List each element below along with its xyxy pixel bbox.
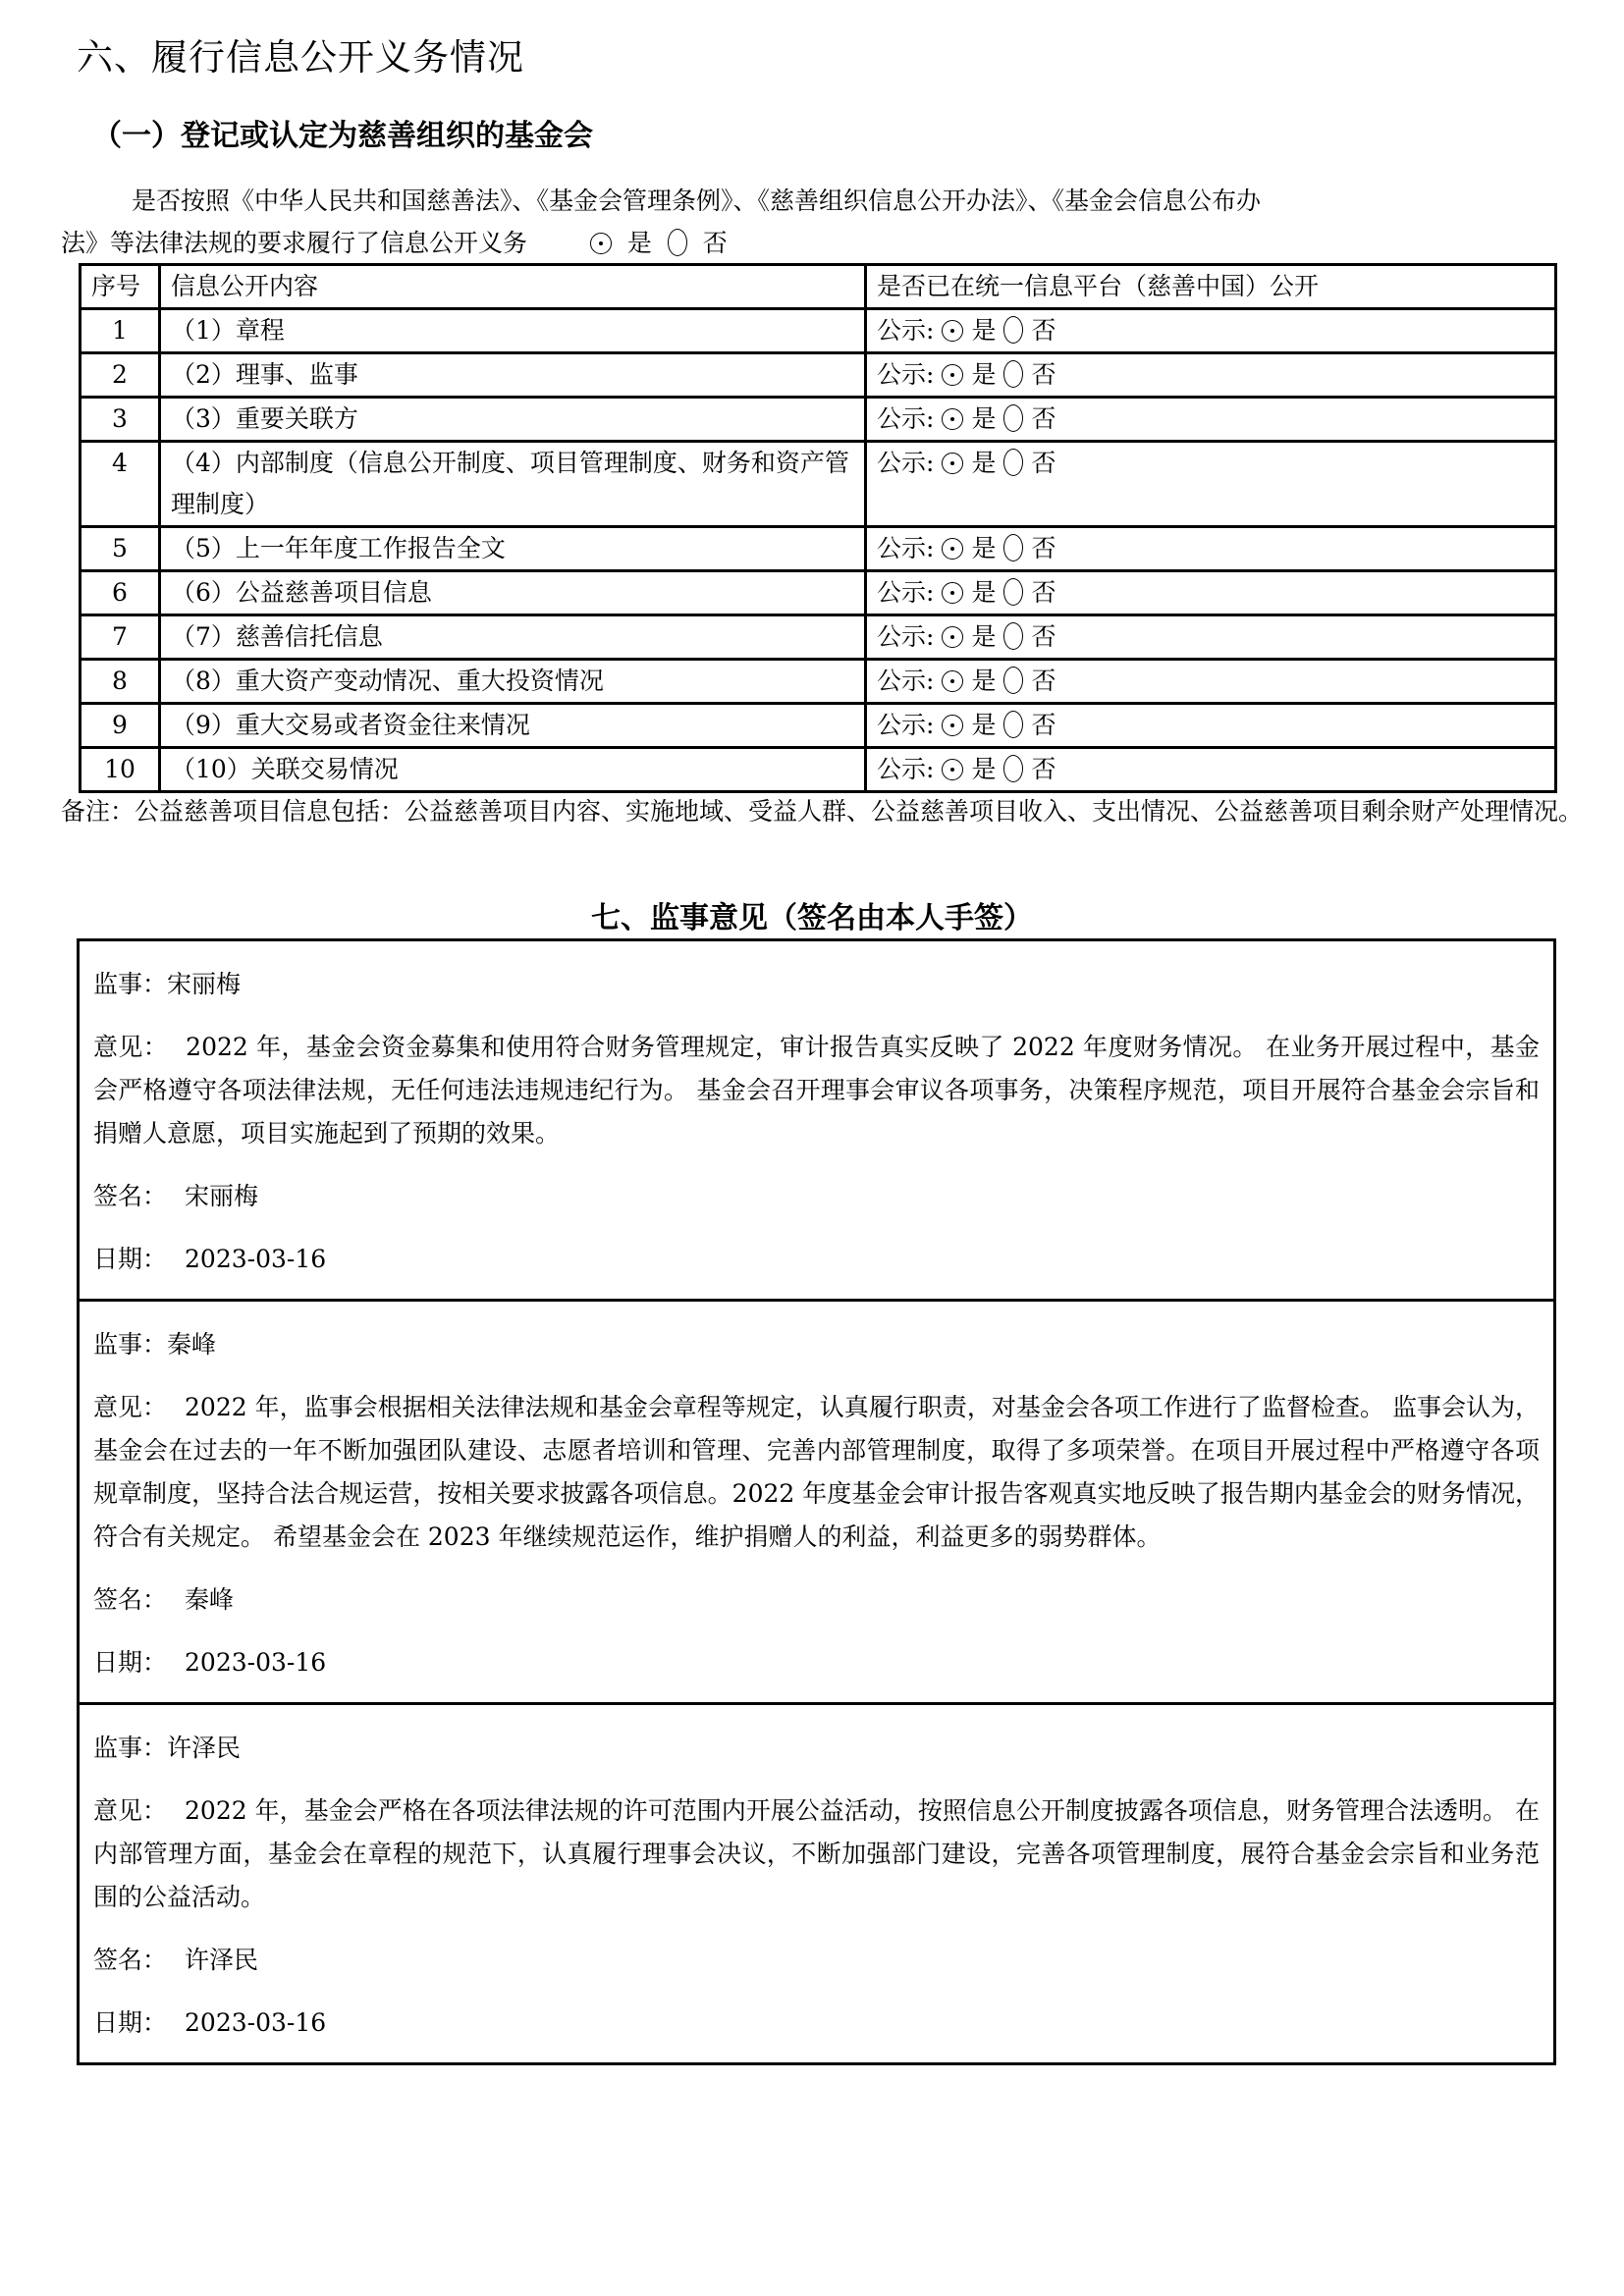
section-7-title: 七、监事意见（签名由本人手签） <box>0 893 1624 936</box>
yes-label: 是 <box>971 711 996 739</box>
date-row: 日期：2023-03-16 <box>93 1238 1540 1299</box>
row-published: 公示:是否 <box>866 704 1556 748</box>
supervisor-block: 监事：秦峰意见：2022 年，监事会根据相关法律法规和基金会章程等规定，认真履行… <box>80 1299 1553 1702</box>
signature-row: 签名：许泽民 <box>93 1939 1540 1982</box>
no-label: 否 <box>1031 667 1056 695</box>
radio-yes-checked-icon[interactable] <box>942 582 963 604</box>
row-published: 公示:是否 <box>866 309 1556 353</box>
date-value: 2023-03-16 <box>185 2008 326 2037</box>
supervisor-label: 监事： <box>93 970 167 998</box>
supervisor-name: 许泽民 <box>167 1734 241 1762</box>
row-published: 公示:是否 <box>866 615 1556 660</box>
radio-no-unchecked-icon[interactable] <box>1003 316 1023 344</box>
table-row: 7（7）慈善信托信息公示:是否 <box>81 615 1556 660</box>
radio-no-unchecked-icon[interactable] <box>1003 449 1023 476</box>
pub-label: 公示: <box>877 316 934 345</box>
row-number: 8 <box>81 660 160 704</box>
yes-label: 是 <box>971 755 996 783</box>
radio-no-unchecked-icon[interactable] <box>1003 622 1023 650</box>
radio-no-unchecked-icon[interactable] <box>1003 534 1023 561</box>
signature: 秦峰 <box>185 1585 234 1614</box>
header-published: 是否已在统一信息平台（慈善中国）公开 <box>866 265 1556 309</box>
yes-label: 是 <box>971 667 996 695</box>
radio-yes-checked-icon[interactable] <box>942 453 963 474</box>
no-label: 否 <box>1031 316 1056 345</box>
pub-label: 公示: <box>877 578 934 607</box>
radio-no-unchecked-icon[interactable] <box>1003 578 1023 606</box>
signature: 宋丽梅 <box>185 1182 258 1210</box>
intro-line-1: 是否按照《中华人民共和国慈善法》、《基金会管理条例》、《慈善组织信息公开办法》、… <box>61 180 1563 222</box>
no-label: 否 <box>1031 404 1056 433</box>
section-6-title: 六、履行信息公开义务情况 <box>77 27 524 80</box>
no-label: 否 <box>1031 622 1056 651</box>
signature-row: 签名：宋丽梅 <box>93 1175 1540 1218</box>
yes-label: 是 <box>971 360 996 389</box>
opinion-row: 意见：2022 年，基金会严格在各项法律法规的许可范围内开展公益活动，按照信息公… <box>93 1789 1540 1919</box>
row-number: 7 <box>81 615 160 660</box>
radio-no-unchecked-icon[interactable] <box>1003 667 1023 694</box>
intro-no-label: 否 <box>703 229 728 257</box>
table-row: 9（9）重大交易或者资金往来情况公示:是否 <box>81 704 1556 748</box>
table-row: 2（2）理事、监事公示:是否 <box>81 353 1556 398</box>
table-row: 4（4）内部制度（信息公开制度、项目管理制度、财务和资产管理制度）公示:是否 <box>81 442 1556 527</box>
no-label: 否 <box>1031 711 1056 739</box>
radio-no-unchecked-icon[interactable] <box>1003 711 1023 738</box>
supervisor-name: 宋丽梅 <box>167 970 241 998</box>
radio-yes-checked-icon[interactable] <box>942 670 963 692</box>
row-published: 公示:是否 <box>866 527 1556 571</box>
sign-label: 签名： <box>93 1585 167 1614</box>
radio-no-unchecked-icon[interactable] <box>1003 755 1023 782</box>
header-content: 信息公开内容 <box>160 265 866 309</box>
pub-label: 公示: <box>877 404 934 433</box>
no-label: 否 <box>1031 449 1056 477</box>
sign-label: 签名： <box>93 1182 167 1210</box>
table-row: 5（5）上一年年度工作报告全文公示:是否 <box>81 527 1556 571</box>
row-number: 3 <box>81 398 160 442</box>
radio-yes-checked-icon[interactable] <box>942 715 963 736</box>
intro-yes-label: 是 <box>627 229 652 257</box>
yes-label: 是 <box>971 449 996 477</box>
signature-row: 签名：秦峰 <box>93 1578 1540 1622</box>
row-number: 5 <box>81 527 160 571</box>
date-value: 2023-03-16 <box>185 1245 326 1273</box>
row-published: 公示:是否 <box>866 398 1556 442</box>
supervisor-name: 秦峰 <box>167 1330 216 1359</box>
row-number: 9 <box>81 704 160 748</box>
radio-yes-checked-icon[interactable] <box>590 233 612 254</box>
signature: 许泽民 <box>185 1946 258 1974</box>
table-note: 备注：公益慈善项目信息包括：公益慈善项目内容、实施地域、受益人群、公益慈善项目收… <box>61 789 1593 834</box>
row-published: 公示:是否 <box>866 353 1556 398</box>
yes-label: 是 <box>971 404 996 433</box>
table-header-row: 序号 信息公开内容 是否已在统一信息平台（慈善中国）公开 <box>81 265 1556 309</box>
table-row: 10（10）关联交易情况公示:是否 <box>81 748 1556 792</box>
supervisor-name-row: 监事：宋丽梅 <box>93 941 1540 1006</box>
pub-label: 公示: <box>877 534 934 562</box>
no-label: 否 <box>1031 534 1056 562</box>
row-number: 2 <box>81 353 160 398</box>
yes-label: 是 <box>971 534 996 562</box>
date-label: 日期： <box>93 1245 167 1273</box>
supervisor-label: 监事： <box>93 1330 167 1359</box>
yes-label: 是 <box>971 316 996 345</box>
row-published: 公示:是否 <box>866 571 1556 615</box>
radio-no-unchecked-icon[interactable] <box>1003 404 1023 432</box>
supervisor-block: 监事：许泽民意见：2022 年，基金会严格在各项法律法规的许可范围内开展公益活动… <box>80 1702 1553 2062</box>
pub-label: 公示: <box>877 449 934 477</box>
supervisor-name-row: 监事：许泽民 <box>93 1705 1540 1770</box>
opinion-row: 意见：2022 年，基金会资金募集和使用符合财务管理规定，审计报告真实反映了 2… <box>93 1026 1540 1155</box>
radio-yes-checked-icon[interactable] <box>942 626 963 648</box>
disclosure-question: 是否按照《中华人民共和国慈善法》、《基金会管理条例》、《慈善组织信息公开办法》、… <box>61 180 1563 264</box>
opinion-text: 2022 年，监事会根据相关法律法规和基金会章程等规定，认真履行职责，对基金会各… <box>93 1393 1540 1551</box>
date-row: 日期：2023-03-16 <box>93 2002 1540 2062</box>
row-content: （2）理事、监事 <box>160 353 866 398</box>
row-content: （3）重要关联方 <box>160 398 866 442</box>
disclosure-table: 序号 信息公开内容 是否已在统一信息平台（慈善中国）公开 1（1）章程公示:是否… <box>79 263 1557 793</box>
intro-line-2: 法》等法律法规的要求履行了信息公开义务 <box>61 229 527 257</box>
row-published: 公示:是否 <box>866 442 1556 527</box>
row-content: （7）慈善信托信息 <box>160 615 866 660</box>
pub-label: 公示: <box>877 667 934 695</box>
no-label: 否 <box>1031 755 1056 783</box>
table-row: 6（6）公益慈善项目信息公示:是否 <box>81 571 1556 615</box>
row-number: 1 <box>81 309 160 353</box>
radio-no-unchecked-icon[interactable] <box>668 229 687 256</box>
yes-label: 是 <box>971 622 996 651</box>
row-content: （1）章程 <box>160 309 866 353</box>
row-published: 公示:是否 <box>866 748 1556 792</box>
radio-yes-checked-icon[interactable] <box>942 364 963 386</box>
row-content: （9）重大交易或者资金往来情况 <box>160 704 866 748</box>
supervisor-label: 监事： <box>93 1734 167 1762</box>
row-published: 公示:是否 <box>866 660 1556 704</box>
radio-yes-checked-icon[interactable] <box>942 320 963 342</box>
date-value: 2023-03-16 <box>185 1648 326 1677</box>
opinion-text: 2022 年，基金会严格在各项法律法规的许可范围内开展公益活动，按照信息公开制度… <box>93 1796 1540 1911</box>
pub-label: 公示: <box>877 360 934 389</box>
supervisor-opinions: 监事：宋丽梅意见：2022 年，基金会资金募集和使用符合财务管理规定，审计报告真… <box>77 938 1556 2065</box>
row-content: （4）内部制度（信息公开制度、项目管理制度、财务和资产管理制度） <box>160 442 866 527</box>
table-row: 3（3）重要关联方公示:是否 <box>81 398 1556 442</box>
row-content: （6）公益慈善项目信息 <box>160 571 866 615</box>
date-row: 日期：2023-03-16 <box>93 1641 1540 1702</box>
row-content: （8）重大资产变动情况、重大投资情况 <box>160 660 866 704</box>
header-number: 序号 <box>81 265 160 309</box>
table-row: 1（1）章程公示:是否 <box>81 309 1556 353</box>
opinion-label: 意见： <box>93 1393 167 1421</box>
date-label: 日期： <box>93 2008 167 2037</box>
no-label: 否 <box>1031 578 1056 607</box>
radio-yes-checked-icon[interactable] <box>942 408 963 430</box>
supervisor-name-row: 监事：秦峰 <box>93 1302 1540 1366</box>
row-number: 6 <box>81 571 160 615</box>
row-content: （10）关联交易情况 <box>160 748 866 792</box>
pub-label: 公示: <box>877 622 934 651</box>
row-content: （5）上一年年度工作报告全文 <box>160 527 866 571</box>
date-label: 日期： <box>93 1648 167 1677</box>
supervisor-block: 监事：宋丽梅意见：2022 年，基金会资金募集和使用符合财务管理规定，审计报告真… <box>80 941 1553 1299</box>
intro-line-2-row: 法》等法律法规的要求履行了信息公开义务 是 否 <box>61 222 1563 264</box>
no-label: 否 <box>1031 360 1056 389</box>
section-6-subtitle: （一）登记或认定为慈善组织的基金会 <box>92 111 593 154</box>
yes-label: 是 <box>971 578 996 607</box>
radio-yes-checked-icon[interactable] <box>942 759 963 780</box>
row-number: 10 <box>81 748 160 792</box>
opinion-text: 2022 年，基金会资金募集和使用符合财务管理规定，审计报告真实反映了 2022… <box>93 1033 1540 1148</box>
pub-label: 公示: <box>877 711 934 739</box>
pub-label: 公示: <box>877 755 934 783</box>
sign-label: 签名： <box>93 1946 167 1974</box>
table-row: 8（8）重大资产变动情况、重大投资情况公示:是否 <box>81 660 1556 704</box>
opinion-label: 意见： <box>93 1033 168 1061</box>
radio-yes-checked-icon[interactable] <box>942 538 963 560</box>
opinion-label: 意见： <box>93 1796 167 1825</box>
radio-no-unchecked-icon[interactable] <box>1003 360 1023 388</box>
row-number: 4 <box>81 442 160 527</box>
opinion-row: 意见：2022 年，监事会根据相关法律法规和基金会章程等规定，认真履行职责，对基… <box>93 1386 1540 1559</box>
